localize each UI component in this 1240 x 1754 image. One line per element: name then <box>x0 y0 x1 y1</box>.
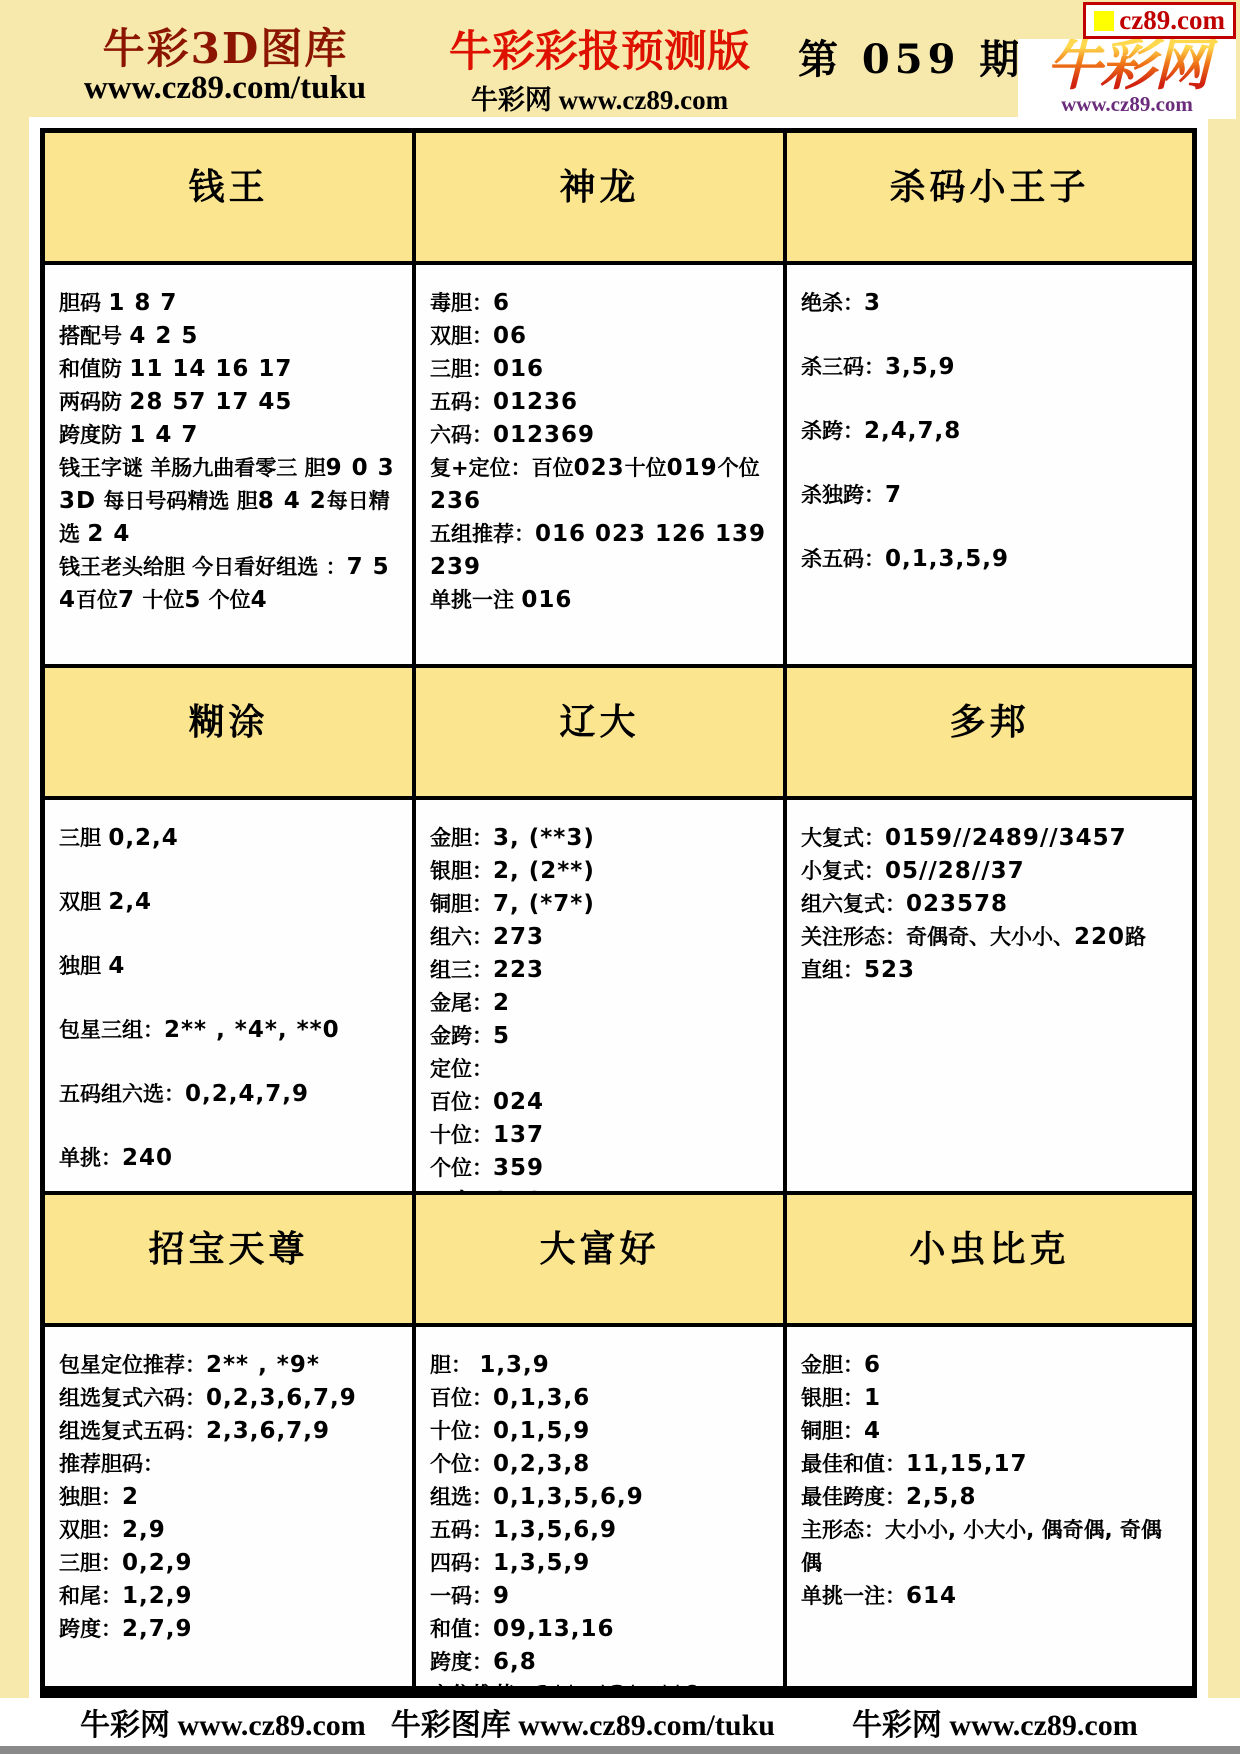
line-value: 11,15,17 <box>906 1451 1028 1477</box>
content-line: 银胆：1 <box>801 1382 1182 1415</box>
line-label: 杀跨： <box>801 419 864 443</box>
line-label: 独胆： <box>59 1485 122 1509</box>
line-label: 组选复式五码： <box>59 1419 206 1443</box>
line-label: 毒胆： <box>430 291 493 315</box>
content-line: 金胆：6 <box>801 1349 1182 1382</box>
content-line: 独胆 4 <box>59 950 402 983</box>
content-line: 铜胆：4 <box>801 1415 1182 1448</box>
line-value: 2,5,8 <box>906 1484 977 1510</box>
line-value: 6,8 <box>493 1649 537 1675</box>
line-value: 4 <box>108 953 125 979</box>
content-line: 五组推荐：016 023 126 139 239 <box>430 518 773 584</box>
line-label: 十位： <box>430 1419 493 1443</box>
content-line: 组六：273 <box>430 921 773 954</box>
content-line: 组选复式五码：2,3,6,7,9 <box>59 1415 402 1448</box>
line-value: 614 <box>906 1583 957 1609</box>
content-line: 三胆：0,2,9 <box>59 1547 402 1580</box>
content-line: 金胆：3, (**3) <box>430 822 773 855</box>
content-line: 跨度：6,8 <box>430 1646 773 1679</box>
cell-header: 糊涂 <box>45 668 412 800</box>
line-value: 0,2,4 <box>108 825 179 851</box>
line-label: 最佳跨度： <box>801 1485 906 1509</box>
line-label: 组六复式： <box>801 892 906 916</box>
line-value: 1,3,5,6,9 <box>493 1517 617 1543</box>
cell-header: 多邦 <box>787 668 1192 800</box>
line-value: 019 <box>667 455 718 481</box>
line-value: 28 57 17 45 <box>129 389 292 415</box>
line-label: 双胆： <box>430 324 493 348</box>
content-line: 最佳跨度：2,5,8 <box>801 1481 1182 1514</box>
prediction-cell-4: 辽大金胆：3, (**3)银胆：2, (2**)铜胆：7, (*7*)组六：27… <box>416 668 783 1191</box>
line-value: 2,3,6,7,9 <box>206 1418 330 1444</box>
line-label: 五码： <box>430 1518 493 1542</box>
cell-body: 三胆 0,2,4双胆 2,4独胆 4包星三组：2** , *4*, **0五码组… <box>45 800 412 1191</box>
line-value: 1,3,9 <box>479 1352 550 1378</box>
content-line: 双胆：06 <box>430 320 773 353</box>
logo-name: 牛彩网 <box>1022 39 1232 92</box>
content-line: 绝杀：3 <box>801 287 1182 320</box>
line-label: 双胆 <box>59 890 108 914</box>
line-value: 2 <box>493 990 510 1016</box>
content-line: 定位推荐：1** ,*3*, **9 <box>430 1679 773 1686</box>
line-label: 定位推荐： <box>430 1683 535 1686</box>
content-line: 单挑：240 <box>59 1142 402 1175</box>
line-value: 5 <box>184 587 201 613</box>
line-value: 1 8 7 <box>108 290 177 316</box>
prediction-cell-3: 糊涂三胆 0,2,4双胆 2,4独胆 4包星三组：2** , *4*, **0五… <box>45 668 412 1191</box>
line-label: 和值： <box>430 1617 493 1641</box>
line-value: 273 <box>493 1188 544 1191</box>
line-value: 236 <box>430 488 481 514</box>
content-line: 三胆：016 <box>430 353 773 386</box>
line-label: 组三： <box>430 958 493 982</box>
prediction-cell-1: 神龙毒胆：6双胆：06三胆：016五码：01236六码：012369复+定位：百… <box>416 133 783 664</box>
cell-title: 神龙 <box>416 159 783 210</box>
cell-title: 钱王 <box>45 159 412 210</box>
line-label: 跨度： <box>59 1617 122 1641</box>
content-line: 十位：137 <box>430 1119 773 1152</box>
line-value: 0,1,5,9 <box>493 1418 590 1444</box>
line-label: 一直： <box>430 1189 493 1191</box>
line-label: 四码： <box>430 1551 493 1575</box>
footer-item-2: 牛彩网 www.cz89.com <box>852 1700 1138 1744</box>
line-value: 024 <box>493 1089 544 1115</box>
line-value: 2 <box>122 1484 139 1510</box>
line-label: 铜胆： <box>801 1419 864 1443</box>
cell-title: 小虫比克 <box>787 1221 1192 1272</box>
line-value: 2** , *9* <box>206 1352 320 1378</box>
line-label: 十位： <box>430 1123 493 1147</box>
line-value: 7, (*7*) <box>493 891 595 917</box>
line-label: 钱王字谜 羊肠九曲看零三 胆 <box>59 456 326 480</box>
line-value: 016 <box>521 587 572 613</box>
line-label: 五码组六选： <box>59 1082 185 1106</box>
line-label: 定位： <box>430 1057 493 1081</box>
line-label: 包星三组： <box>59 1018 164 1042</box>
content-line: 直组：523 <box>801 954 1182 987</box>
line-label: 五码： <box>430 390 493 414</box>
line-value: 359 <box>493 1155 544 1181</box>
content-line: 钱王老头给胆 今日看好组选 ：7 5 4百位7 十位5 个位4 <box>59 551 402 617</box>
line-label: 每日号码精选 胆 <box>96 489 258 513</box>
line-value: 273 <box>493 924 544 950</box>
content-line: 组选：0,1,3,5,6,9 <box>430 1481 773 1514</box>
line-label: 杀五码： <box>801 547 885 571</box>
line-value: 523 <box>864 957 915 983</box>
line-value: 0,2,4,7,9 <box>185 1081 309 1107</box>
content-line: 两码防 28 57 17 45 <box>59 386 402 419</box>
line-value: 4 <box>864 1418 881 1444</box>
content-line: 独胆：2 <box>59 1481 402 1514</box>
content-line: 五码组六选：0,2,4,7,9 <box>59 1078 402 1111</box>
site-logo: cz89.com 牛彩网 www.cz89.com <box>1018 2 1236 119</box>
line-value: 0,1,3,6 <box>493 1385 590 1411</box>
prediction-cell-6: 招宝天尊包星定位推荐：2** , *9*组选复式六码：0,2,3,6,7,9组选… <box>45 1195 412 1686</box>
content-line: 定位： <box>430 1053 773 1086</box>
content-line: 和值：09,13,16 <box>430 1613 773 1646</box>
content-line: 3D 每日号码精选 胆8 4 2每日精选 2 4 <box>59 485 402 551</box>
line-label: 银胆： <box>430 859 493 883</box>
line-label: 百位 <box>76 588 118 612</box>
brand-url: www.cz89.com/tuku <box>35 70 415 107</box>
content-line: 毒胆：6 <box>430 287 773 320</box>
line-label: 十位 <box>135 588 184 612</box>
line-label: 五组推荐： <box>430 522 535 546</box>
line-label: 个位： <box>430 1156 493 1180</box>
content-line: 个位：359 <box>430 1152 773 1185</box>
line-value: 220 <box>1074 924 1125 950</box>
line-value: 1 4 7 <box>129 422 198 448</box>
line-value: 240 <box>122 1145 173 1171</box>
line-label: 和尾： <box>59 1584 122 1608</box>
content-line: 杀三码：3,5,9 <box>801 351 1182 384</box>
line-label: 杀三码： <box>801 355 885 379</box>
content-line: 关注形态：奇偶奇、大小小、220路 <box>801 921 1182 954</box>
cell-body: 胆： 1,3,9百位：0,1,3,6十位：0,1,5,9个位：0,2,3,8组选… <box>416 1327 783 1686</box>
line-label: 小复式： <box>801 859 885 883</box>
line-label: 十位 <box>625 456 667 480</box>
line-label: 关注形态：奇偶奇、大小小、 <box>801 925 1074 949</box>
content-line: 推荐胆码： <box>59 1448 402 1481</box>
line-label: 双胆： <box>59 1518 122 1542</box>
content-line: 百位：0,1,3,6 <box>430 1382 773 1415</box>
line-label: 路 <box>1125 925 1146 949</box>
content-line: 金尾：2 <box>430 987 773 1020</box>
line-value: 2,4,7,8 <box>864 418 961 444</box>
line-label: 单挑一注 <box>430 588 521 612</box>
line-label: 个位 <box>201 588 250 612</box>
line-label: 个位： <box>430 1452 493 1476</box>
prediction-cell-0: 钱王胆码 1 8 7搭配号 4 2 5和值防 11 14 16 17两码防 28… <box>45 133 412 664</box>
line-value: 8 4 2 <box>258 488 327 514</box>
line-value: 11 14 16 17 <box>129 356 292 382</box>
cell-body: 包星定位推荐：2** , *9*组选复式六码：0,2,3,6,7,9组选复式五码… <box>45 1327 412 1686</box>
cell-title: 杀码小王子 <box>787 159 1192 210</box>
brand-title: 牛彩3D图库 <box>58 16 393 76</box>
cell-header: 小虫比克 <box>787 1195 1192 1327</box>
line-label: 搭配号 <box>59 324 129 348</box>
content-line: 主形态：大小小, 小大小, 偶奇偶, 奇偶偶 <box>801 1514 1182 1580</box>
content-line: 个位：0,2,3,8 <box>430 1448 773 1481</box>
line-value: 5 <box>493 1023 510 1049</box>
line-value: 012369 <box>493 422 595 448</box>
line-label: 跨度防 <box>59 423 129 447</box>
content-line: 杀跨：2,4,7,8 <box>801 415 1182 448</box>
prediction-cell-7: 大富好胆： 1,3,9百位：0,1,3,6十位：0,1,5,9个位：0,2,3,… <box>416 1195 783 1686</box>
footer-item-0: 牛彩网 www.cz89.com <box>80 1700 366 1744</box>
line-value: 023 <box>574 455 625 481</box>
line-label: 跨度： <box>430 1650 493 1674</box>
line-value: 0159//2489//3457 <box>885 825 1127 851</box>
cell-body: 金胆：6银胆：1铜胆：4最佳和值：11,15,17最佳跨度：2,5,8主形态：大… <box>787 1327 1192 1686</box>
line-label: 铜胆： <box>430 892 493 916</box>
cell-header: 招宝天尊 <box>45 1195 412 1327</box>
cell-body: 大复式：0159//2489//3457小复式：05//28//37组六复式：0… <box>787 800 1192 1191</box>
content-line: 跨度防 1 4 7 <box>59 419 402 452</box>
content-line: 钱王字谜 羊肠九曲看零三 胆9 0 3 <box>59 452 402 485</box>
line-label: 三胆： <box>430 357 493 381</box>
line-value: 6 <box>864 1352 881 1378</box>
line-value: 6 <box>493 290 510 316</box>
line-label: 杀独跨： <box>801 483 885 507</box>
line-value: 1** ,*3*, **9 <box>535 1682 702 1686</box>
logo-main: 牛彩网 www.cz89.com <box>1018 39 1236 119</box>
cell-body: 金胆：3, (**3)银胆：2, (2**)铜胆：7, (*7*)组六：273组… <box>416 800 783 1191</box>
line-label: 包星定位推荐： <box>59 1353 206 1377</box>
line-value: 2 4 <box>87 521 130 547</box>
content-line: 双胆 2,4 <box>59 886 402 919</box>
content-line: 搭配号 4 2 5 <box>59 320 402 353</box>
cell-body: 毒胆：6双胆：06三胆：016五码：01236六码：012369复+定位：百位0… <box>416 265 783 664</box>
cell-title: 大富好 <box>416 1221 783 1272</box>
line-value: 1,3,5,9 <box>493 1550 590 1576</box>
content-line: 一码：9 <box>430 1580 773 1613</box>
cell-title: 辽大 <box>416 694 783 745</box>
content-line: 组六复式：023578 <box>801 888 1182 921</box>
cell-body: 胆码 1 8 7搭配号 4 2 5和值防 11 14 16 17两码防 28 5… <box>45 265 412 664</box>
line-value: 2,9 <box>122 1517 166 1543</box>
line-label: 百位： <box>430 1386 493 1410</box>
content-line: 组三：223 <box>430 954 773 987</box>
line-label: 两码防 <box>59 390 129 414</box>
content-line: 大复式：0159//2489//3457 <box>801 822 1182 855</box>
content-line: 胆： 1,3,9 <box>430 1349 773 1382</box>
line-label: 三胆 <box>59 826 108 850</box>
line-value: 09,13,16 <box>493 1616 615 1642</box>
line-label: 六码： <box>430 423 493 447</box>
cell-header: 大富好 <box>416 1195 783 1327</box>
line-label: 主形态：大小小, 小大小, 偶奇偶, 奇偶偶 <box>801 1518 1162 1575</box>
line-value: 0,1,3,5,9 <box>885 546 1009 572</box>
cell-title: 招宝天尊 <box>45 1221 412 1272</box>
content-line: 胆码 1 8 7 <box>59 287 402 320</box>
line-value: 1,2,9 <box>122 1583 193 1609</box>
content-line: 单挑一注 016 <box>430 584 773 617</box>
content-line: 一直：273 <box>430 1185 773 1191</box>
line-label: 组六： <box>430 925 493 949</box>
line-label: 胆： <box>430 1353 479 1377</box>
line-value: 137 <box>493 1122 544 1148</box>
line-value: 7 <box>885 482 902 508</box>
line-value: 06 <box>493 323 527 349</box>
cell-body: 绝杀：3杀三码：3,5,9杀跨：2,4,7,8杀独跨：7杀五码：0,1,3,5,… <box>787 265 1192 664</box>
content-line: 杀独跨：7 <box>801 479 1182 512</box>
line-label: 单挑一注： <box>801 1584 906 1608</box>
content-line: 包星定位推荐：2** , *9* <box>59 1349 402 1382</box>
line-label: 百位： <box>430 1090 493 1114</box>
content-line: 杀五码：0,1,3,5,9 <box>801 543 1182 576</box>
line-value: 3 <box>864 290 881 316</box>
line-value: 4 <box>251 587 268 613</box>
line-label: 金胆： <box>801 1353 864 1377</box>
line-value: 9 0 3 <box>326 455 395 481</box>
issue-number: 第 059 期 <box>798 28 1024 85</box>
footer: 牛彩网 www.cz89.com 牛彩图库 www.cz89.com/tuku … <box>0 1698 1240 1746</box>
content-line: 双胆：2,9 <box>59 1514 402 1547</box>
line-value: 0,1,3,5,6,9 <box>493 1484 644 1510</box>
content-line: 六码：012369 <box>430 419 773 452</box>
content-line: 三胆 0,2,4 <box>59 822 402 855</box>
line-value: 2,4 <box>108 889 152 915</box>
line-value: 0,2,9 <box>122 1550 193 1576</box>
line-value: 01236 <box>493 389 578 415</box>
line-label: 推荐胆码： <box>59 1452 164 1476</box>
content-line: 跨度：2,7,9 <box>59 1613 402 1646</box>
content-line: 和值防 11 14 16 17 <box>59 353 402 386</box>
content-line: 小复式：05//28//37 <box>801 855 1182 888</box>
line-value: 3D <box>59 488 96 514</box>
prediction-cell-8: 小虫比克金胆：6银胆：1铜胆：4最佳和值：11,15,17最佳跨度：2,5,8主… <box>787 1195 1192 1686</box>
line-label: 组选复式六码： <box>59 1386 206 1410</box>
cell-header: 神龙 <box>416 133 783 265</box>
line-label: 复+定位：百位 <box>430 456 574 480</box>
content-line: 最佳和值：11,15,17 <box>801 1448 1182 1481</box>
line-label: 最佳和值： <box>801 1452 906 1476</box>
line-value: 0,2,3,8 <box>493 1451 590 1477</box>
page-title: 牛彩彩报预测版 <box>412 18 787 79</box>
line-label: 金跨： <box>430 1024 493 1048</box>
line-label: 胆码 <box>59 291 108 315</box>
line-value: 9 <box>493 1583 510 1609</box>
line-label: 直组： <box>801 958 864 982</box>
line-value: 0,2,3,6,7,9 <box>206 1385 357 1411</box>
prediction-cell-5: 多邦大复式：0159//2489//3457小复式：05//28//37组六复式… <box>787 668 1192 1191</box>
line-label: 钱王老头给胆 今日看好组选 ： <box>59 555 347 579</box>
line-value: 3,5,9 <box>885 354 956 380</box>
content-line: 百位：024 <box>430 1086 773 1119</box>
line-value: 223 <box>493 957 544 983</box>
line-value: 4 2 5 <box>129 323 198 349</box>
cell-header: 钱王 <box>45 133 412 265</box>
line-label: 金尾： <box>430 991 493 1015</box>
content-line: 铜胆：7, (*7*) <box>430 888 773 921</box>
content-line: 包星三组：2** , *4*, **0 <box>59 1014 402 1047</box>
line-label: 一码： <box>430 1584 493 1608</box>
cell-title: 糊涂 <box>45 694 412 745</box>
lottery-bulletin-page: 牛彩3D图库 www.cz89.com/tuku 牛彩彩报预测版 牛彩网 www… <box>0 0 1240 1754</box>
prediction-table: 钱王胆码 1 8 7搭配号 4 2 5和值防 11 14 16 17两码防 28… <box>40 128 1197 1698</box>
line-value: 7 <box>118 587 135 613</box>
content-line: 复+定位：百位023十位019个位236 <box>430 452 773 518</box>
yellow-square-icon <box>1094 11 1114 31</box>
line-label: 银胆： <box>801 1386 864 1410</box>
line-label: 绝杀： <box>801 291 864 315</box>
content-line: 十位：0,1,5,9 <box>430 1415 773 1448</box>
line-value: 3, (**3) <box>493 825 595 851</box>
line-value: 023578 <box>906 891 1008 917</box>
line-label: 个位 <box>718 456 760 480</box>
line-label: 三胆： <box>59 1551 122 1575</box>
line-value: 016 <box>493 356 544 382</box>
content-line: 单挑一注：614 <box>801 1580 1182 1613</box>
line-value: 2** , *4*, **0 <box>164 1017 340 1043</box>
content-line: 五码：01236 <box>430 386 773 419</box>
line-value: 2, (2**) <box>493 858 595 884</box>
line-label: 独胆 <box>59 954 108 978</box>
cell-title: 多邦 <box>787 694 1192 745</box>
footer-item-1: 牛彩图库 www.cz89.com/tuku <box>391 1700 775 1744</box>
line-label: 和值防 <box>59 357 129 381</box>
content-line: 组选复式六码：0,2,3,6,7,9 <box>59 1382 402 1415</box>
line-value: 05//28//37 <box>885 858 1025 884</box>
cell-header: 辽大 <box>416 668 783 800</box>
content-line: 金跨：5 <box>430 1020 773 1053</box>
line-label: 组选： <box>430 1485 493 1509</box>
content-line: 四码：1,3,5,9 <box>430 1547 773 1580</box>
line-value: 2,7,9 <box>122 1616 193 1642</box>
line-label: 大复式： <box>801 826 885 850</box>
site-name: 牛彩网 www.cz89.com <box>412 78 787 117</box>
content-line: 和尾：1,2,9 <box>59 1580 402 1613</box>
prediction-cell-2: 杀码小王子绝杀：3杀三码：3,5,9杀跨：2,4,7,8杀独跨：7杀五码：0,1… <box>787 133 1192 664</box>
line-value: 1 <box>864 1385 881 1411</box>
line-label: 金胆： <box>430 826 493 850</box>
content-line: 五码：1,3,5,6,9 <box>430 1514 773 1547</box>
line-label: 单挑： <box>59 1146 122 1170</box>
content-line: 银胆：2, (2**) <box>430 855 773 888</box>
cell-header: 杀码小王子 <box>787 133 1192 265</box>
